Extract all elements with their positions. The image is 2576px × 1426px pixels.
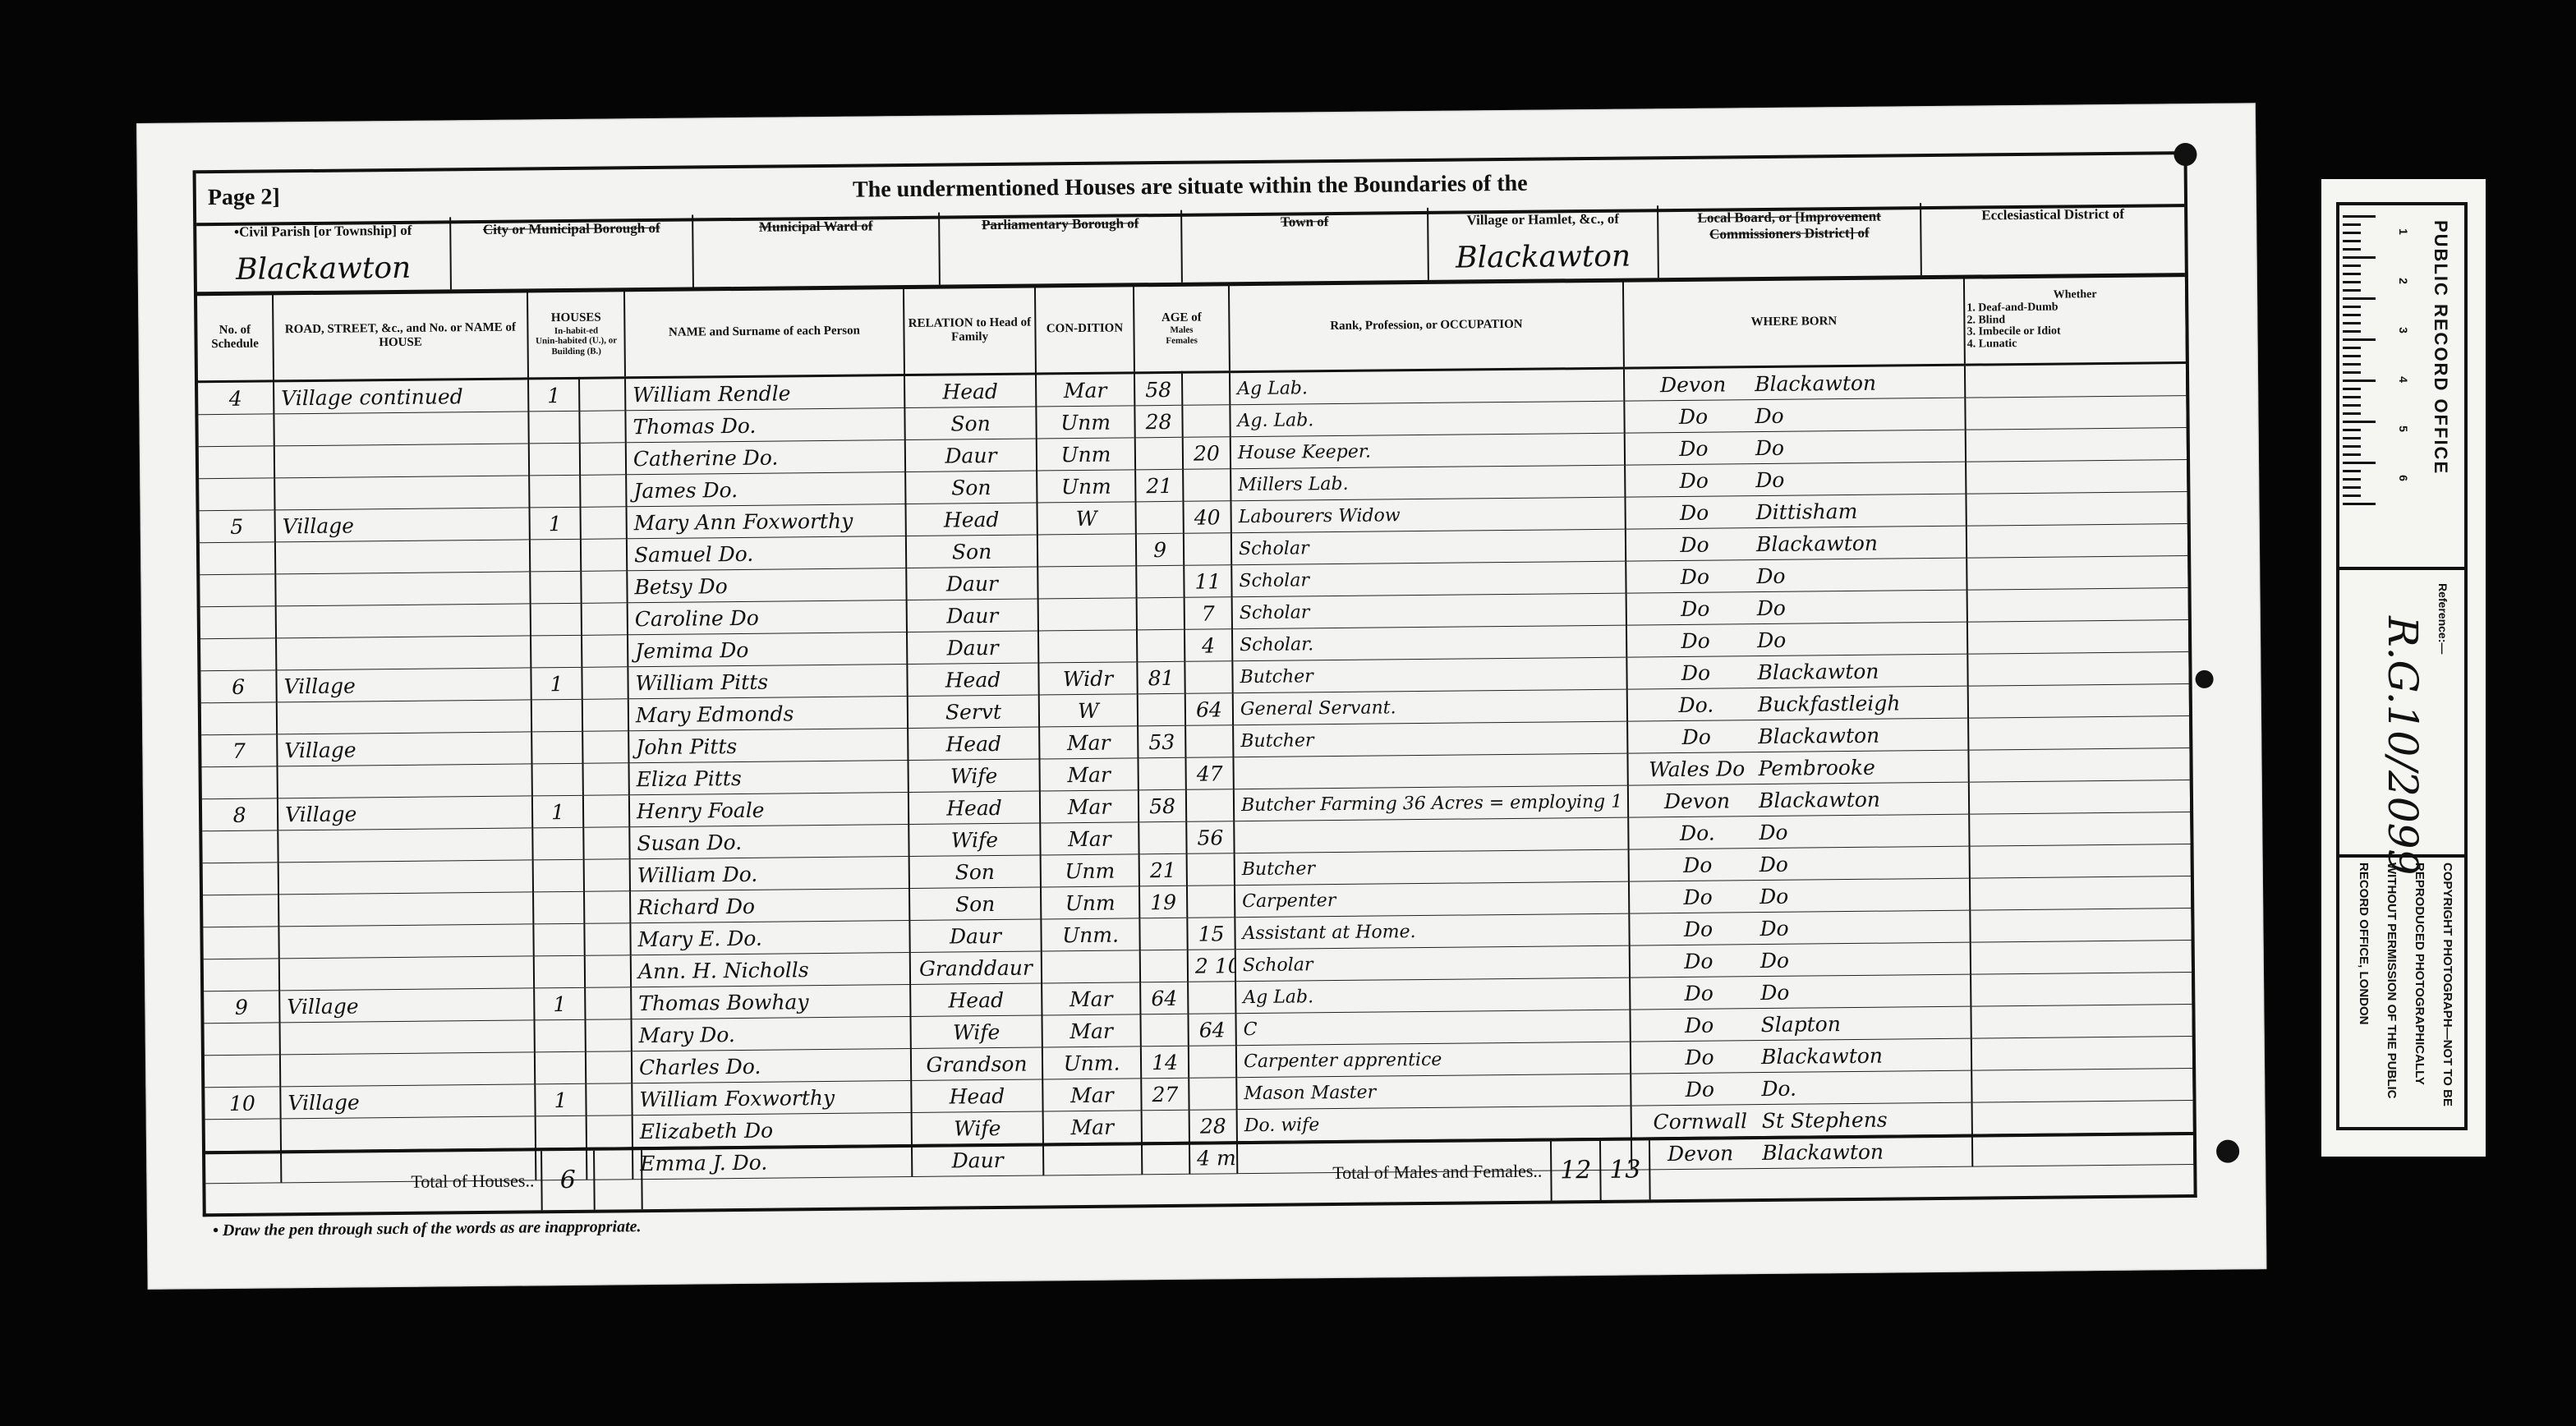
cell-male-age: 9 bbox=[1136, 533, 1184, 566]
cell-condition bbox=[1038, 598, 1137, 631]
cell-schedule bbox=[200, 606, 276, 639]
place-label: Town of bbox=[1182, 213, 1427, 232]
cell-schedule bbox=[199, 478, 274, 511]
cell-occupation: Scholar bbox=[1232, 593, 1626, 629]
cell-relation: Head bbox=[907, 663, 1038, 697]
cell-schedule: 5 bbox=[200, 510, 275, 543]
cell-name: James Do. bbox=[626, 472, 905, 507]
cell-address bbox=[275, 540, 530, 574]
cell-name: Richard Do bbox=[630, 889, 909, 923]
cell-address bbox=[278, 924, 533, 959]
cell-address bbox=[274, 412, 528, 446]
cell-schedule bbox=[201, 702, 277, 735]
cell-where-born: DoBlackawton bbox=[1627, 718, 1968, 753]
place-label: Village or Hamlet, &c., of bbox=[1428, 210, 1657, 229]
cell-where-born: DoDo bbox=[1625, 430, 1966, 465]
col-uninhabited: Unin-habited (U.), or Building (B.) bbox=[531, 336, 623, 357]
cell-where-born: DoDo. bbox=[1631, 1070, 1971, 1106]
cell-inhabited: 1 bbox=[535, 1083, 586, 1116]
cell-empty bbox=[586, 1115, 632, 1148]
cell-empty bbox=[582, 731, 628, 764]
cell-name: William Do. bbox=[630, 857, 909, 891]
born-county: Do bbox=[1633, 500, 1756, 525]
cell-inhabited: 1 bbox=[528, 378, 579, 412]
cell-inhabited bbox=[531, 635, 582, 668]
cell-relation: Head bbox=[908, 727, 1039, 761]
cell-name: Thomas Do. bbox=[625, 408, 904, 443]
census-rows: 4Village continued1William RendleHeadMar… bbox=[198, 363, 2194, 1184]
cell-occupation: Ag. Lab. bbox=[1230, 401, 1624, 437]
cell-inhabited: 1 bbox=[534, 987, 585, 1020]
cell-empty bbox=[1965, 396, 2187, 430]
cell-inhabited bbox=[533, 923, 584, 956]
cell-address bbox=[278, 764, 532, 798]
cell-empty bbox=[1970, 876, 2192, 911]
cell-schedule bbox=[205, 1023, 280, 1056]
cell-female-age: 4 bbox=[1184, 629, 1232, 662]
cell-female-age: 56 bbox=[1186, 821, 1234, 854]
cell-empty bbox=[584, 923, 630, 956]
cell-name: Mary Edmonds bbox=[628, 697, 908, 731]
born-parish: St Stephens bbox=[1762, 1107, 1888, 1132]
cell-occupation: House Keeper. bbox=[1230, 433, 1625, 469]
cell-occupation: Butcher Farming 36 Acres = employing 1 M… bbox=[1234, 785, 1628, 821]
total-persons-label: Total of Males and Females.. bbox=[641, 1142, 1551, 1210]
cell-female-age bbox=[1188, 982, 1235, 1014]
cell-relation: Son bbox=[905, 471, 1037, 504]
cell-schedule bbox=[203, 895, 278, 927]
cell-empty bbox=[1972, 1101, 2194, 1135]
col-occupation: Rank, Profession, or OCCUPATION bbox=[1229, 282, 1624, 372]
cell-relation: Head bbox=[911, 1079, 1042, 1113]
infirmity-option: 4. Lunatic bbox=[1967, 337, 2184, 351]
cell-relation: Son bbox=[906, 535, 1037, 568]
born-county: Do bbox=[1638, 1045, 1761, 1069]
born-parish: Do bbox=[1759, 916, 1788, 940]
measurement-ruler: 123456 bbox=[2343, 209, 2392, 513]
cell-schedule bbox=[202, 766, 278, 799]
cell-where-born: DevonBlackawton bbox=[1628, 782, 1969, 817]
cell-schedule: 4 bbox=[198, 381, 274, 415]
cell-occupation: Butcher bbox=[1232, 657, 1626, 693]
col-schedule: No. of Schedule bbox=[197, 294, 274, 381]
total-females: 13 bbox=[1601, 1140, 1651, 1200]
place-value bbox=[1922, 268, 2185, 270]
born-parish: Buckfastleigh bbox=[1758, 691, 1901, 716]
footnote: • Draw the pen through such of the words… bbox=[213, 1217, 642, 1240]
born-parish: Blackawton bbox=[1761, 1043, 1883, 1068]
cell-name: Jemima Do bbox=[628, 632, 907, 667]
cell-where-born: DoDo bbox=[1625, 462, 1966, 497]
born-parish: Do bbox=[1755, 403, 1783, 427]
cell-empty bbox=[580, 475, 626, 508]
place-label: Municipal Ward of bbox=[693, 218, 938, 237]
cell-address bbox=[276, 636, 531, 670]
cell-female-age: 7 bbox=[1184, 597, 1232, 630]
cell-name: Susan Do. bbox=[629, 825, 908, 859]
cell-name: Henry Foale bbox=[629, 793, 908, 827]
born-parish: Pembrooke bbox=[1759, 755, 1875, 780]
cell-address: Village bbox=[279, 988, 534, 1023]
born-parish: Blackawton bbox=[1757, 659, 1879, 683]
cell-address bbox=[280, 1020, 535, 1055]
cell-occupation: Scholar bbox=[1235, 945, 1630, 982]
cell-name: Mary Do. bbox=[632, 1017, 911, 1051]
cell-male-age: 53 bbox=[1138, 725, 1185, 758]
cell-empty bbox=[1966, 428, 2187, 462]
cell-male-age bbox=[1142, 1110, 1189, 1143]
cell-female-age bbox=[1186, 789, 1234, 822]
cell-schedule: 6 bbox=[200, 670, 276, 703]
cell-female-age: 20 bbox=[1183, 437, 1230, 470]
cell-empty bbox=[1971, 973, 2192, 1007]
born-parish: Do bbox=[1757, 596, 1786, 619]
cell-schedule bbox=[203, 862, 278, 895]
cell-condition: Unm. bbox=[1042, 1046, 1141, 1079]
cell-occupation: General Servant. bbox=[1233, 689, 1627, 725]
cell-relation: Wife bbox=[908, 823, 1040, 857]
cell-inhabited bbox=[532, 827, 583, 860]
ruler-number: 2 bbox=[2397, 278, 2410, 284]
cell-address: Village continued bbox=[274, 379, 528, 414]
place-label: Parliamentary Borough of bbox=[940, 215, 1180, 234]
born-county: Do bbox=[1632, 468, 1755, 493]
cell-address bbox=[278, 892, 533, 927]
cell-empty bbox=[582, 603, 628, 636]
cell-empty bbox=[1971, 941, 2192, 975]
born-parish: Dittisham bbox=[1756, 499, 1858, 523]
cell-relation: Servt bbox=[908, 695, 1039, 729]
place-label: City or Municipal Borough of bbox=[451, 220, 692, 239]
cell-male-age bbox=[1137, 597, 1184, 630]
cell-name: Mary E. Do. bbox=[630, 921, 909, 955]
place-field: Town of bbox=[1182, 208, 1429, 283]
cell-where-born: DoDo bbox=[1629, 910, 1970, 945]
col-relation: RELATION to Head of Family bbox=[904, 287, 1036, 375]
born-county: Do bbox=[1638, 1077, 1761, 1102]
born-county: Wales Do bbox=[1635, 757, 1759, 781]
reference-value: R.G.10/2099 bbox=[2379, 616, 2426, 875]
cell-empty bbox=[1966, 492, 2187, 527]
cell-male-age: 21 bbox=[1135, 469, 1183, 502]
cell-relation: Wife bbox=[910, 1015, 1042, 1049]
cell-empty bbox=[586, 1019, 632, 1052]
cell-address bbox=[278, 860, 533, 895]
col-infirmity: Whether 1. Deaf-and-Dumb2. Blind3. Imbec… bbox=[1964, 276, 2187, 365]
cell-female-age bbox=[1187, 885, 1235, 918]
cell-address bbox=[280, 1052, 535, 1087]
born-county: Devon bbox=[1635, 789, 1759, 813]
cell-inhabited bbox=[532, 763, 583, 796]
cell-empty bbox=[1966, 556, 2188, 591]
born-parish: Blackawton bbox=[1756, 531, 1878, 555]
cell-male-age bbox=[1136, 565, 1184, 598]
cell-male-age bbox=[1140, 950, 1188, 982]
cell-where-born: DoDo bbox=[1629, 846, 1970, 881]
cell-condition: Mar bbox=[1043, 1111, 1142, 1143]
cell-condition: W bbox=[1039, 694, 1138, 727]
cell-male-age: 21 bbox=[1139, 853, 1187, 886]
cell-condition: Mar bbox=[1040, 822, 1138, 855]
born-county: Do bbox=[1636, 853, 1759, 877]
cell-schedule bbox=[199, 446, 274, 479]
ruler-number: 4 bbox=[2397, 376, 2410, 383]
cell-empty bbox=[1970, 844, 2192, 879]
place-value bbox=[1183, 275, 1428, 278]
cell-empty bbox=[579, 411, 625, 444]
cell-female-age: 11 bbox=[1184, 565, 1231, 598]
cell-inhabited bbox=[531, 731, 582, 764]
public-record-office-label: 123456 PUBLIC RECORD OFFICE Reference:— … bbox=[2321, 179, 2486, 1157]
born-parish: Do bbox=[1757, 628, 1786, 651]
cell-inhabited bbox=[528, 411, 579, 444]
cell-empty bbox=[1967, 588, 2189, 623]
cell-empty bbox=[585, 987, 631, 1020]
born-county: Do bbox=[1632, 436, 1755, 461]
born-parish: Do bbox=[1759, 884, 1788, 908]
cell-empty bbox=[586, 1083, 632, 1116]
cell-name: William Foxworthy bbox=[632, 1080, 911, 1115]
cell-schedule: 9 bbox=[204, 991, 279, 1023]
cell-condition bbox=[1037, 566, 1136, 599]
cell-condition: W bbox=[1037, 502, 1136, 535]
cell-schedule bbox=[205, 1119, 281, 1152]
cell-address: Village bbox=[280, 1084, 535, 1119]
cell-name: Thomas Bowhay bbox=[631, 985, 910, 1019]
cell-empty bbox=[581, 539, 627, 572]
cell-condition: Unm bbox=[1037, 438, 1135, 471]
place-field: Parliamentary Borough of bbox=[940, 210, 1183, 285]
cell-inhabited bbox=[535, 1051, 586, 1084]
total-houses-label: Total of Houses.. bbox=[205, 1170, 540, 1194]
cell-where-born: Wales DoPembrooke bbox=[1627, 750, 1968, 785]
cell-address: Village bbox=[275, 508, 530, 542]
born-county: Do bbox=[1637, 949, 1760, 973]
cell-occupation: Labourers Widow bbox=[1230, 497, 1625, 533]
cell-address bbox=[276, 604, 531, 638]
place-value: Blackawton bbox=[197, 251, 450, 287]
cell-male-age bbox=[1135, 437, 1183, 470]
cell-schedule bbox=[205, 1055, 280, 1088]
cell-male-age bbox=[1137, 629, 1184, 662]
born-county: Do bbox=[1634, 628, 1757, 653]
cell-name: Catherine Do. bbox=[626, 440, 905, 475]
cell-empty bbox=[585, 955, 631, 988]
cell-condition: Mar bbox=[1036, 373, 1134, 407]
born-parish: Do bbox=[1755, 467, 1784, 491]
cell-relation: Head bbox=[904, 374, 1036, 408]
ruler-number: 6 bbox=[2397, 475, 2410, 481]
cell-male-age bbox=[1138, 693, 1185, 726]
cell-empty bbox=[586, 1051, 632, 1084]
cell-relation: Son bbox=[904, 407, 1036, 440]
record-office-name: PUBLIC RECORD OFFICE bbox=[2430, 220, 2451, 475]
cell-female-age bbox=[1184, 533, 1231, 566]
place-field: Municipal Ward of bbox=[693, 213, 941, 287]
cell-inhabited bbox=[534, 955, 585, 988]
cell-inhabited bbox=[533, 859, 584, 892]
cell-male-age bbox=[1138, 821, 1186, 854]
cell-male-age: 28 bbox=[1134, 405, 1182, 438]
place-field: Village or Hamlet, &c., ofBlackawton bbox=[1428, 205, 1659, 280]
cell-inhabited: 1 bbox=[531, 667, 582, 700]
cell-inhabited bbox=[529, 443, 580, 476]
cell-condition: Mar bbox=[1042, 1079, 1141, 1111]
cell-where-born: DoBlackawton bbox=[1626, 526, 1966, 561]
cell-empty bbox=[1968, 684, 2190, 719]
cell-address: Village bbox=[276, 668, 531, 702]
cell-empty bbox=[1967, 652, 2189, 687]
cell-where-born: DoDo bbox=[1626, 590, 1967, 625]
cell-female-age bbox=[1189, 1046, 1236, 1079]
punch-hole bbox=[2196, 670, 2214, 688]
cell-condition: Mar bbox=[1042, 1014, 1140, 1047]
born-county: Do bbox=[1636, 917, 1759, 941]
cell-empty bbox=[583, 763, 629, 796]
cell-occupation: Ag Lab. bbox=[1230, 368, 1624, 405]
born-parish: Do bbox=[1760, 980, 1789, 1004]
cell-name: Mary Ann Foxworthy bbox=[627, 504, 906, 539]
place-field: Ecclesiastical District of bbox=[1921, 200, 2185, 275]
cell-address bbox=[278, 828, 532, 862]
born-county: Do bbox=[1635, 724, 1758, 749]
cell-female-age bbox=[1185, 725, 1233, 758]
cell-female-age: 28 bbox=[1189, 1110, 1237, 1143]
place-value bbox=[452, 283, 692, 285]
cell-address bbox=[275, 572, 530, 606]
cell-female-age bbox=[1187, 853, 1235, 886]
col-inhabited: In-habit-ed bbox=[530, 325, 622, 337]
cell-inhabited bbox=[535, 1019, 586, 1052]
cell-where-born: DoDo bbox=[1630, 974, 1971, 1010]
cell-name: William Rendle bbox=[625, 375, 904, 411]
cell-relation: Granddaur bbox=[910, 951, 1042, 985]
cell-empty bbox=[1971, 1037, 2193, 1071]
cell-empty bbox=[1969, 812, 2191, 847]
cell-name: Elizabeth Do bbox=[632, 1112, 912, 1147]
cell-relation: Daur bbox=[907, 599, 1038, 632]
ruler-number: 3 bbox=[2397, 327, 2410, 333]
born-parish: Do bbox=[1755, 435, 1784, 459]
total-houses-value: 6 bbox=[540, 1151, 596, 1211]
cell-female-age bbox=[1182, 405, 1230, 438]
cell-occupation: Ag Lab. bbox=[1235, 977, 1630, 1014]
cell-schedule bbox=[203, 927, 278, 959]
born-county: Do bbox=[1634, 596, 1757, 621]
cell-relation: Wife bbox=[912, 1111, 1043, 1145]
cell-condition bbox=[1037, 534, 1136, 567]
place-field: Local Board, or [Improvement Commissione… bbox=[1658, 203, 1922, 278]
cell-condition: Unm bbox=[1041, 886, 1139, 919]
cell-where-born: DoDo bbox=[1626, 558, 1966, 593]
cell-where-born: DoBlackawton bbox=[1626, 654, 1967, 689]
place-value bbox=[1659, 270, 1920, 273]
place-label: Local Board, or [Improvement Commissione… bbox=[1658, 208, 1920, 243]
cell-inhabited bbox=[533, 891, 584, 924]
cell-where-born: DoBlackawton bbox=[1631, 1038, 1971, 1074]
born-county: Do. bbox=[1635, 692, 1758, 717]
cell-occupation: C bbox=[1235, 1010, 1630, 1046]
cell-male-age: 27 bbox=[1141, 1078, 1189, 1111]
cell-occupation: Millers Lab. bbox=[1230, 465, 1625, 501]
cell-occupation: Assistant at Home. bbox=[1235, 913, 1629, 950]
cell-empty bbox=[581, 571, 627, 604]
cell-occupation: Butcher bbox=[1233, 721, 1627, 757]
cell-where-born: DoDo bbox=[1624, 398, 1965, 433]
cell-condition: Mar bbox=[1039, 726, 1138, 759]
cell-female-age bbox=[1183, 469, 1230, 502]
cell-condition: Mar bbox=[1042, 982, 1140, 1015]
cell-relation: Head bbox=[908, 791, 1040, 825]
born-parish: Do bbox=[1759, 820, 1787, 844]
cell-relation: Head bbox=[906, 503, 1037, 536]
cell-empty bbox=[581, 507, 627, 540]
cell-relation: Head bbox=[910, 983, 1042, 1017]
cell-where-born: Do.Buckfastleigh bbox=[1627, 686, 1968, 721]
cell-schedule: 7 bbox=[201, 734, 277, 767]
cell-inhabited: 1 bbox=[532, 795, 583, 828]
cell-male-age bbox=[1140, 1014, 1188, 1046]
born-county: Cornwall bbox=[1639, 1109, 1762, 1134]
cell-condition bbox=[1042, 950, 1140, 983]
cell-occupation bbox=[1234, 817, 1628, 853]
col-name: NAME and Surname of each Person bbox=[624, 288, 904, 378]
cell-occupation: Scholar. bbox=[1232, 625, 1626, 661]
cell-condition bbox=[1038, 630, 1137, 663]
cell-where-born: DevonBlackawton bbox=[1624, 365, 1965, 401]
cell-inhabited bbox=[531, 603, 582, 636]
cell-empty bbox=[1966, 460, 2187, 494]
copyright-notice: COPYRIGHT PHOTOGRAPH—NOT TO BE REPRODUCE… bbox=[2346, 862, 2461, 1125]
born-county: Do bbox=[1638, 1013, 1761, 1037]
cell-relation: Son bbox=[909, 855, 1041, 889]
cell-where-born: DoDo bbox=[1630, 942, 1971, 977]
cell-empty bbox=[1966, 524, 2188, 559]
census-table: No. of Schedule ROAD, STREET, &c., and N… bbox=[197, 276, 2195, 1184]
cell-relation: Daur bbox=[906, 567, 1037, 600]
cell-inhabited bbox=[529, 475, 580, 508]
cell-schedule bbox=[200, 542, 275, 575]
cell-female-age bbox=[1184, 661, 1232, 694]
col-females: Females bbox=[1137, 335, 1227, 347]
cell-male-age: 58 bbox=[1138, 789, 1186, 822]
cell-schedule: 8 bbox=[202, 798, 278, 831]
born-county: Do. bbox=[1635, 821, 1759, 845]
census-form: Page 2] The undermentioned Houses are si… bbox=[193, 151, 2197, 1217]
place-value bbox=[694, 280, 939, 283]
place-label: •Civil Parish [or Township] of bbox=[196, 222, 449, 241]
cell-address bbox=[279, 956, 534, 991]
born-county: Do bbox=[1633, 564, 1756, 589]
cell-empty bbox=[580, 443, 626, 476]
cell-schedule bbox=[200, 574, 275, 607]
cell-male-age: 58 bbox=[1134, 372, 1182, 406]
cell-inhabited bbox=[536, 1115, 586, 1148]
cell-condition: Unm bbox=[1036, 406, 1134, 439]
cell-female-age: 47 bbox=[1185, 757, 1233, 790]
cell-female-age: 64 bbox=[1185, 693, 1233, 726]
cell-condition: Unm. bbox=[1041, 918, 1139, 951]
cell-relation: Grandson bbox=[911, 1047, 1042, 1081]
cell-empty bbox=[1969, 780, 2191, 815]
census-page: Page 2] The undermentioned Houses are si… bbox=[136, 103, 2267, 1290]
cell-schedule bbox=[202, 830, 278, 863]
cell-occupation: Do. wife bbox=[1237, 1106, 1631, 1142]
cell-name: John Pitts bbox=[628, 729, 908, 763]
cell-condition: Mar bbox=[1039, 758, 1138, 791]
cell-empty bbox=[583, 827, 629, 860]
cell-female-age bbox=[1182, 372, 1230, 406]
